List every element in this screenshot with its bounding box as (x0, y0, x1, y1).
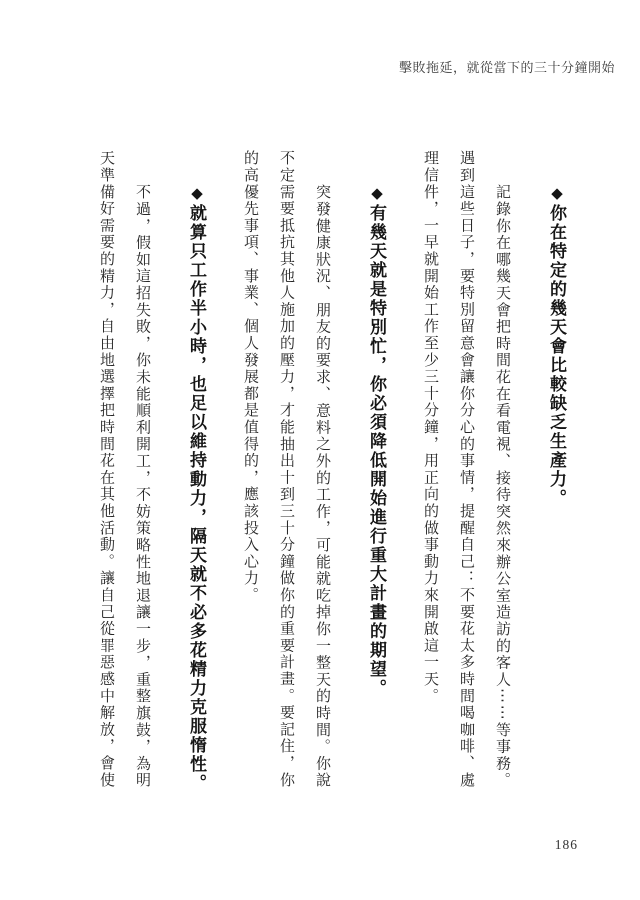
section-paragraph: 突發健康狀況、朋友的要求、意料之外的工作，可能就吃掉你一整天的時間。你說不定需要… (232, 150, 340, 795)
diamond-bullet-icon: ◆ (548, 184, 565, 204)
diamond-bullet-icon: ◆ (188, 184, 205, 204)
page-number: 186 (555, 837, 578, 853)
section-heading: ◆就算只工作半小時，也足以維持動力，隔天就不必多花精力克服惰性。 (186, 150, 206, 795)
section-paragraph: 不過，假如這招失敗，你未能順利開工，不妨策略性地退讓一步，重整旗鼓，為明天準備好… (88, 150, 160, 795)
section-productivity-days: ◆你在特定的幾天會比較缺乏生產力。 記錄你在哪幾天會把時間花在看電視、接待突然來… (412, 150, 566, 795)
section-heading-text: 你在特定的幾天會比較缺乏生產力。 (547, 204, 566, 508)
running-header: 擊敗拖延，就從當下的三十分鐘開始 (399, 57, 615, 76)
section-half-hour-momentum: ◆就算只工作半小時，也足以維持動力，隔天就不必多花精力克服惰性。 不過，假如這招… (88, 150, 206, 795)
section-heading: ◆有幾天就是特別忙，你必須降低開始進行重大計畫的期望。 (366, 150, 386, 795)
section-busy-days: ◆有幾天就是特別忙，你必須降低開始進行重大計畫的期望。 突發健康狀況、朋友的要求… (232, 150, 386, 795)
diamond-bullet-icon: ◆ (368, 184, 385, 204)
book-page: 擊敗拖延，就從當下的三十分鐘開始 ◆你在特定的幾天會比較缺乏生產力。 記錄你在哪… (0, 0, 640, 900)
section-heading-text: 有幾天就是特別忙，你必須降低開始進行重大計畫的期望。 (367, 204, 386, 698)
section-heading: ◆你在特定的幾天會比較缺乏生產力。 (546, 150, 566, 795)
page-body-vertical-text: ◆你在特定的幾天會比較缺乏生產力。 記錄你在哪幾天會把時間花在看電視、接待突然來… (88, 150, 592, 795)
section-paragraph: 記錄你在哪幾天會把時間花在看電視、接待突然來辦公室造訪的客人⋯⋯等事務。遇到這些… (412, 150, 520, 795)
section-heading-text: 就算只工作半小時，也足以維持動力，隔天就不必多花精力克服惰性。 (187, 204, 206, 793)
